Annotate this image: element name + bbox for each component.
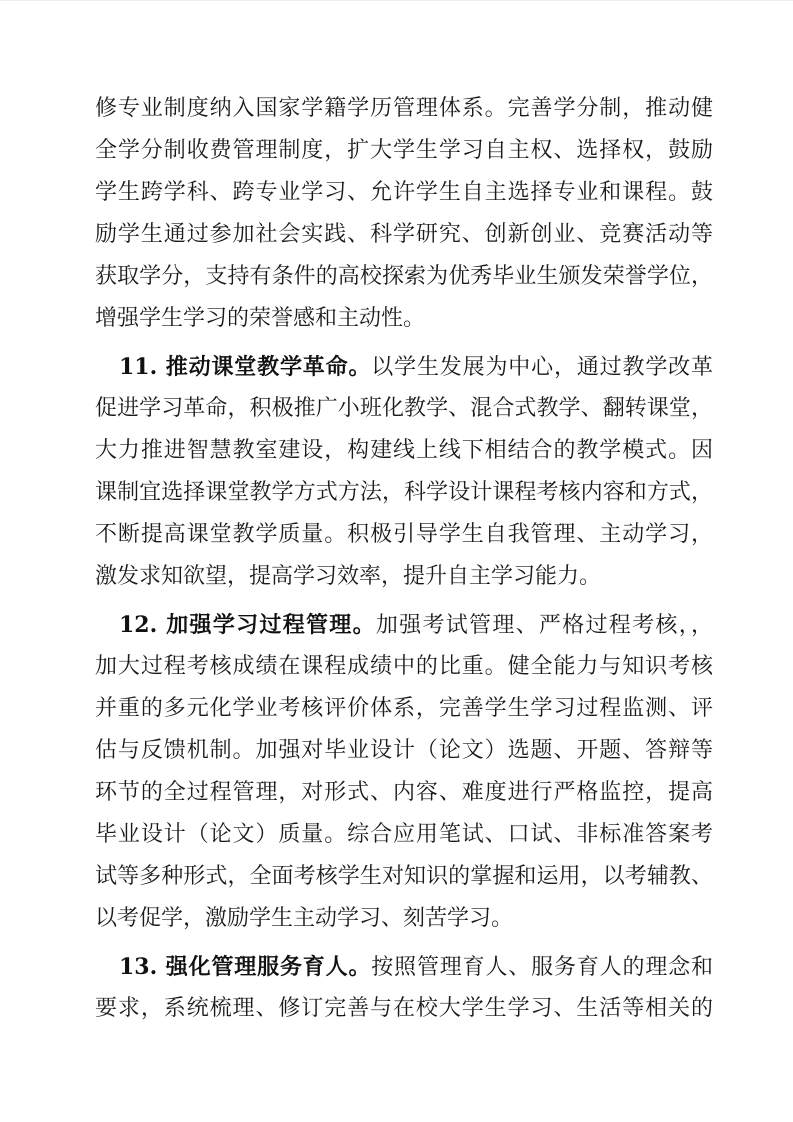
text-line: 全学分制收费管理制度，扩大学生学习自主权、选择权，鼓励 <box>95 130 713 172</box>
text-line: 课制宜选择课堂教学方式方法，科学设计课程考核内容和方式， <box>95 472 713 514</box>
text-line: 学生跨学科、跨专业学习、允许学生自主选择专业和课程。鼓 <box>95 172 713 214</box>
text-line: 不断提高课堂教学质量。积极引导学生自我管理、主动学习， <box>95 514 713 556</box>
text-line: 获取学分，支持有条件的高校探索为优秀毕业生颁发荣誉学位， <box>95 256 713 298</box>
text-line: 促进学习革命，积极推广小班化教学、混合式教学、翻转课堂， <box>95 388 713 430</box>
document-page: 修专业制度纳入国家学籍学历管理体系。完善学分制，推动健全学分制收费管理制度，扩大… <box>0 0 793 1122</box>
paragraph-heading: 13. 强化管理服务育人。 <box>119 954 371 980</box>
text-line: 试等多种形式，全面考核学生对知识的掌握和运用，以考辅教、 <box>95 856 713 898</box>
paragraph-start-line: 13. 强化管理服务育人。按照管理育人、服务育人的理念和 <box>95 946 713 988</box>
paragraph-heading: 11. 推动课堂教学革命。 <box>119 354 371 380</box>
paragraph-start-line: 12. 加强学习过程管理。加强考试管理、严格过程考核，， <box>95 604 713 646</box>
text-line: 修专业制度纳入国家学籍学历管理体系。完善学分制，推动健 <box>95 88 713 130</box>
text-line: 并重的多元化学业考核评价体系，完善学生学习过程监测、评 <box>95 688 713 730</box>
text-line: 毕业设计（论文）质量。综合应用笔试、口试、非标准答案考 <box>95 814 713 856</box>
text-line: 大力推进智慧教室建设，构建线上线下相结合的教学模式。因 <box>95 430 713 472</box>
text-line: 增强学生学习的荣誉感和主动性。 <box>95 298 713 340</box>
text-line: 环节的全过程管理，对形式、内容、难度进行严格监控，提高 <box>95 772 713 814</box>
text-line: 以考促学，激励学生主动学习、刻苦学习。 <box>95 898 713 940</box>
document-body: 修专业制度纳入国家学籍学历管理体系。完善学分制，推动健全学分制收费管理制度，扩大… <box>95 88 713 1030</box>
text-line: 加大过程考核成绩在课程成绩中的比重。健全能力与知识考核 <box>95 646 713 688</box>
text-line: 要求，系统梳理、修订完善与在校大学生学习、生活等相关的 <box>95 988 713 1030</box>
text-line: 激发求知欲望，提高学习效率，提升自主学习能力。 <box>95 556 713 598</box>
text-line: 估与反馈机制。加强对毕业设计（论文）选题、开题、答辩等 <box>95 730 713 772</box>
paragraph-start-line: 11. 推动课堂教学革命。以学生发展为中心，通过教学改革 <box>95 346 713 388</box>
paragraph-heading: 12. 加强学习过程管理。 <box>119 612 376 638</box>
text-line: 励学生通过参加社会实践、科学研究、创新创业、竞赛活动等 <box>95 214 713 256</box>
